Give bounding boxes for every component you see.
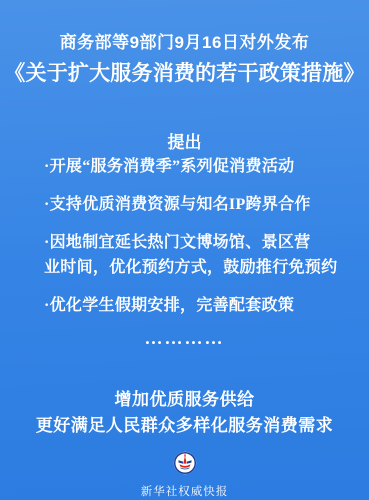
news-card: 商务部等9部门9月16日对外发布 《关于扩大服务消费的若干政策措施》 提出 ·开… (0, 0, 369, 500)
header-subtitle: 商务部等9部门9月16日对外发布 (0, 33, 369, 53)
slogan-line2: 更好满足人民群众多样化服务消费需求 (0, 413, 369, 439)
ellipsis-dots: ………… (0, 331, 369, 345)
slogan: 增加优质服务供给 更好满足人民群众多样化服务消费需求 (0, 387, 369, 439)
page-title: 《关于扩大服务消费的若干政策措施》 (0, 60, 369, 88)
brand: 新华社权威快报 (0, 451, 369, 499)
bullet-list: ·开展“服务消费季”系列促消费活动 ·支持优质消费资源与知名IP跨界合作 ·因地… (44, 154, 343, 318)
slogan-line1: 增加优质服务供给 (0, 387, 369, 413)
xinhua-emblem-icon (173, 451, 197, 475)
bullet-item-3: ·因地制宜延长热门文博场馆、景区营 业时间，优化预约方式，鼓励推行免预约 (44, 230, 343, 280)
bullet-item-1: ·开展“服务消费季”系列促消费活动 (44, 154, 343, 179)
header: 商务部等9部门9月16日对外发布 《关于扩大服务消费的若干政策措施》 (0, 0, 369, 88)
brand-name: 新华社权威快报 (0, 485, 369, 499)
bullet-item-4: ·优化学生假期安排，完善配套政策 (44, 293, 343, 318)
bullet-item-2: ·支持优质消费资源与知名IP跨界合作 (44, 192, 343, 217)
lead-text: 提出 (0, 132, 369, 154)
